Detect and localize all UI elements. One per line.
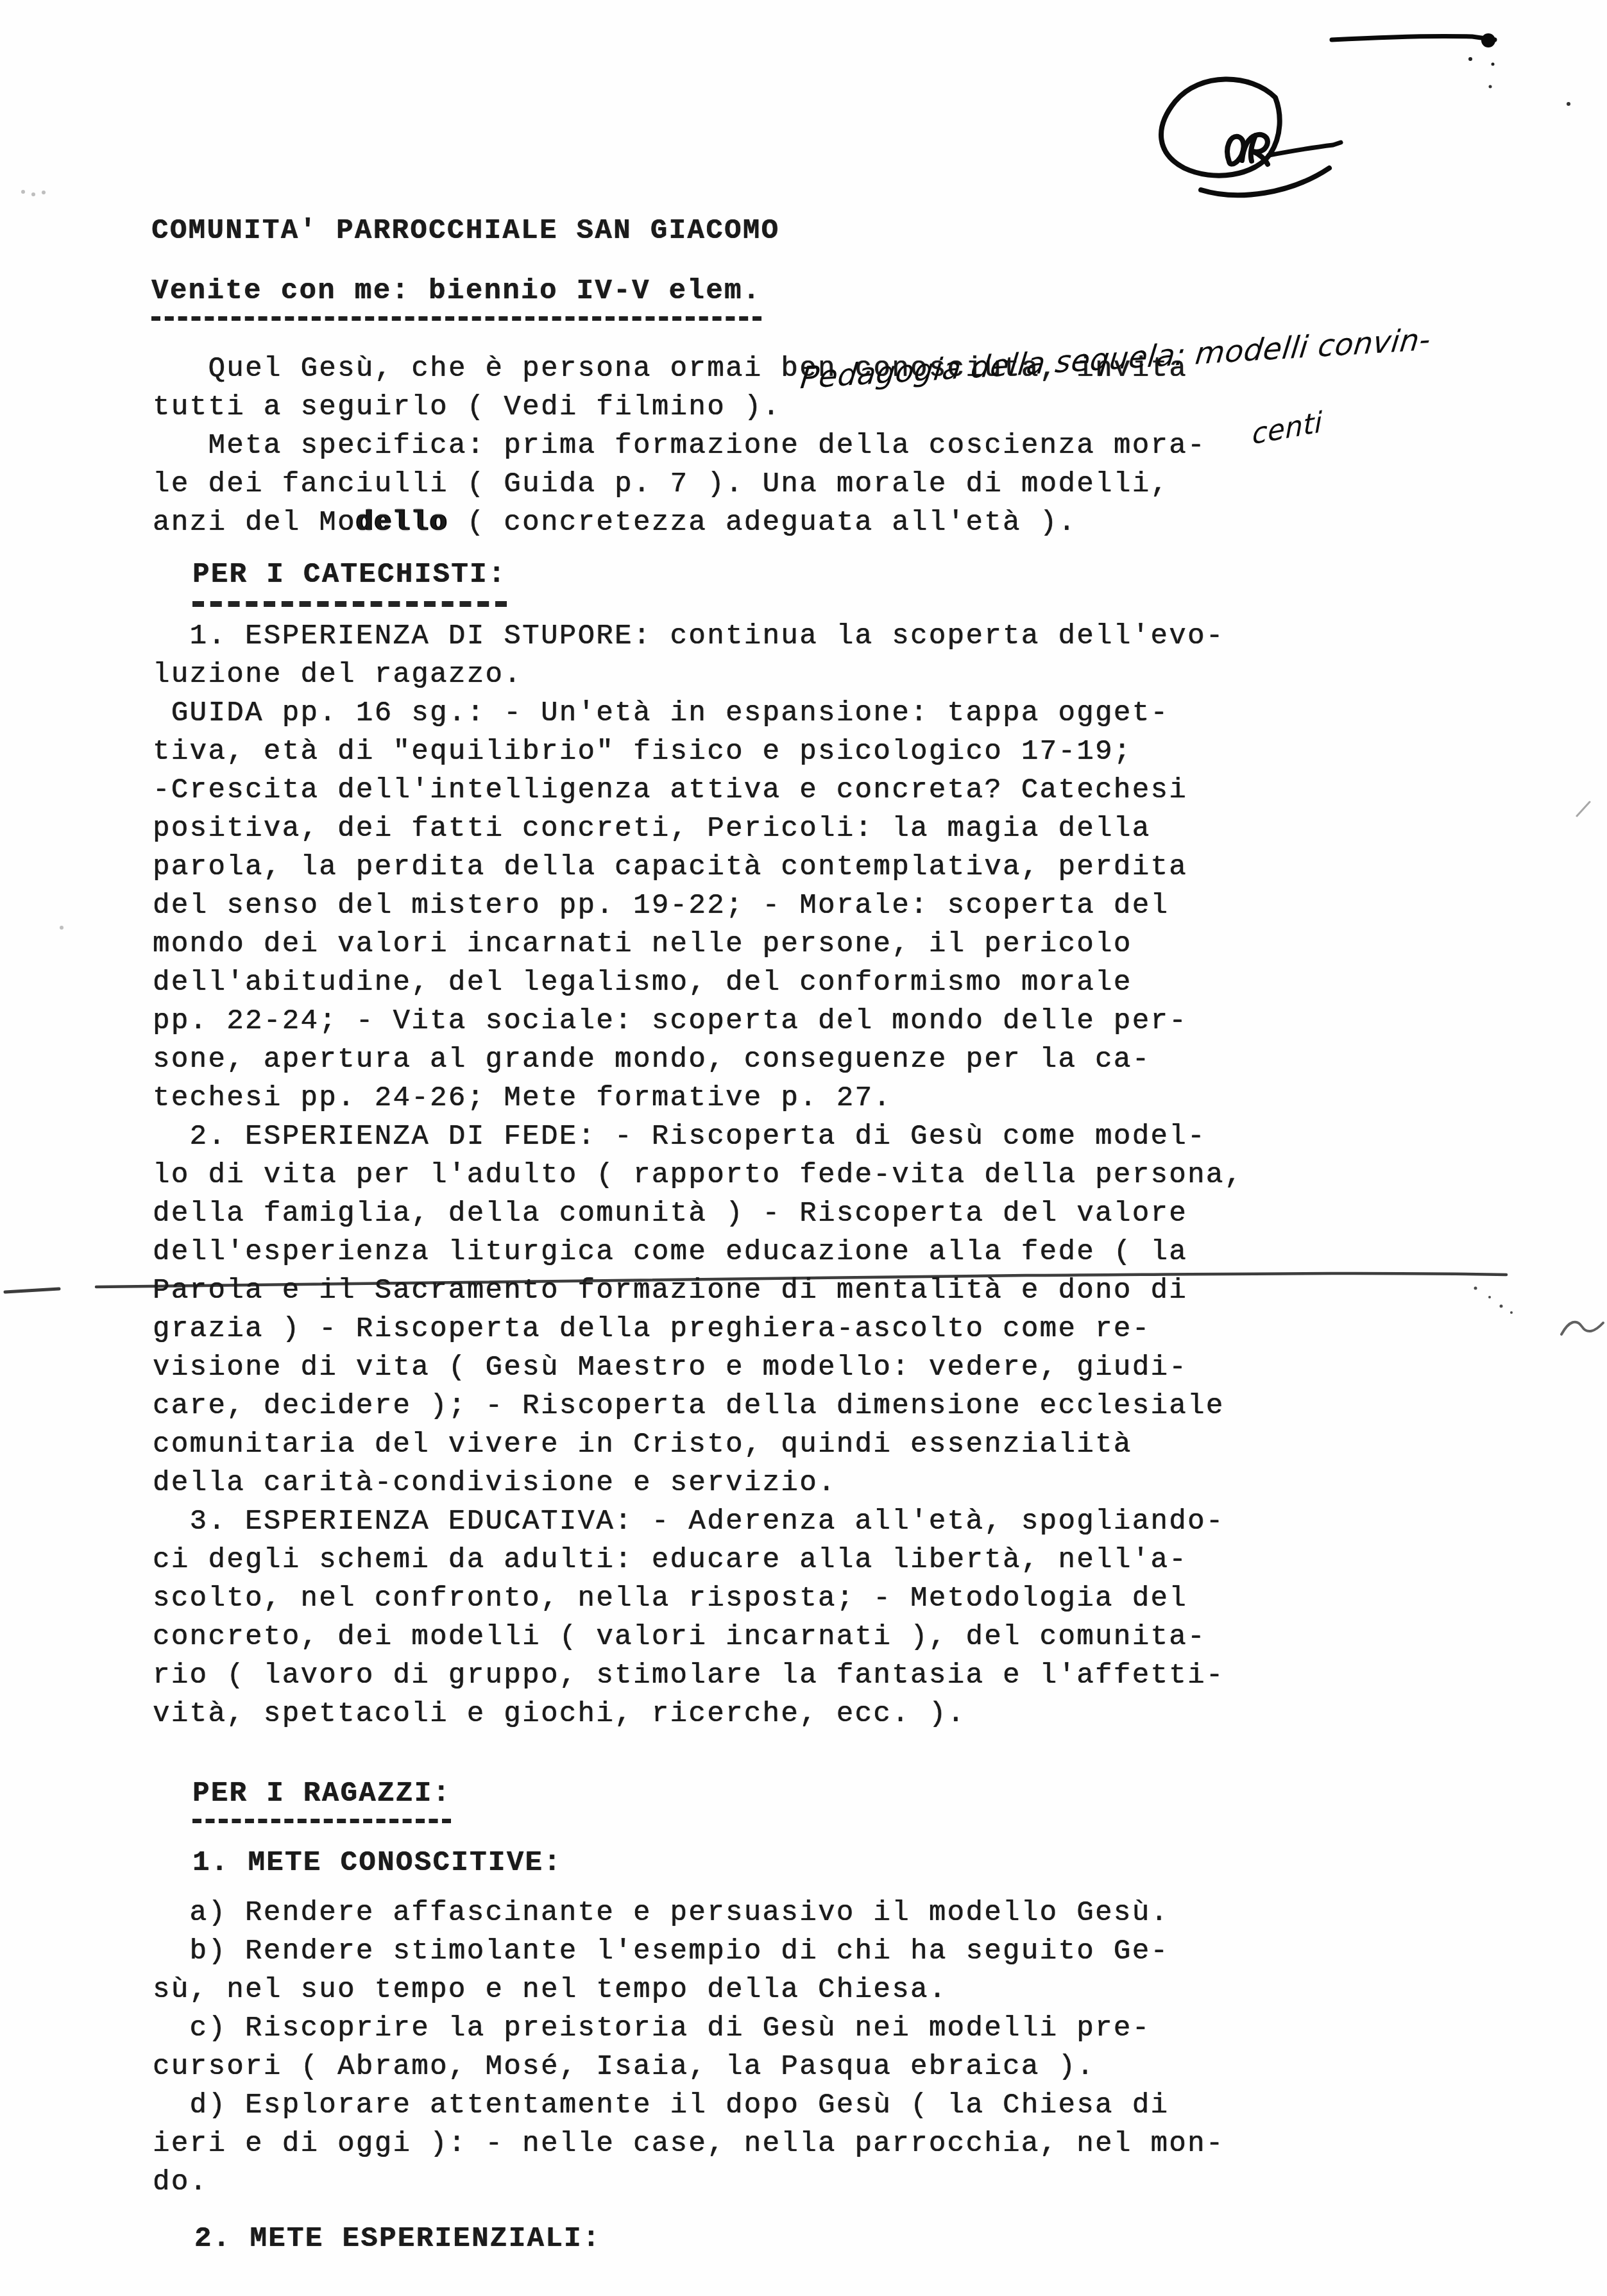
margin-specks — [21, 190, 64, 930]
section-heading-catechisti: PER I CATECHISTI: — [192, 556, 507, 607]
section-heading-ragazzi-text: PER I RAGAZZI: — [192, 1774, 451, 1823]
document-subtitle-text: Venite con me: biennio IV-V elem. — [151, 272, 761, 321]
meta-paragraph: Meta specifica: prima formazione della c… — [153, 427, 1206, 542]
handwritten-annotation-line2: centi — [1252, 405, 1322, 451]
section-heading-ragazzi: PER I RAGAZZI: — [192, 1774, 451, 1823]
scanned-typewritten-page: COMUNITA' PARROCCHIALE SAN GIACOMO Venit… — [0, 0, 1607, 2296]
subheading-mete-conoscitive: 1. METE CONOSCITIVE: — [192, 1844, 562, 1882]
catechisti-body: 1. ESPERIENZA DI STUPORE: continua la sc… — [153, 617, 1243, 1733]
scan-artifact-top-line — [1332, 33, 1570, 106]
circled-scribble-mark — [1161, 79, 1341, 195]
pencil-squiggle-mark — [1561, 802, 1603, 1334]
meta-paragraph-overstruck-word: dello — [356, 507, 448, 539]
section-heading-catechisti-text: PER I CATECHISTI: — [192, 556, 507, 607]
document-title: COMUNITA' PARROCCHIALE SAN GIACOMO — [151, 212, 779, 250]
meta-paragraph-part2: ( concretezza adeguata all'età ). — [448, 507, 1076, 539]
mete-conoscitive-body: a) Rendere affascinante e persuasivo il … — [153, 1894, 1225, 2202]
subheading-mete-esperienziali: 2. METE ESPERIENZIALI: — [194, 2220, 601, 2258]
document-subtitle: Venite con me: biennio IV-V elem. — [151, 272, 761, 321]
